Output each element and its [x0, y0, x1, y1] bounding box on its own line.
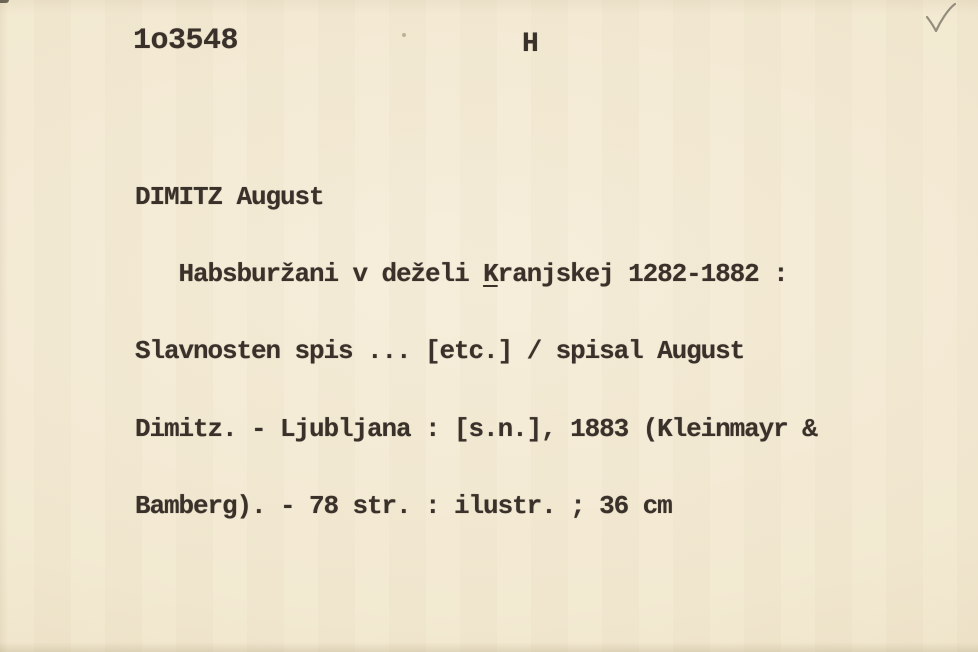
pencil-check-icon [923, 1, 959, 35]
title-indent [135, 259, 179, 289]
paper-speck [402, 33, 406, 37]
entry-imprint-line: Dimitz. - Ljubljana : [s.n.], 1883 (Klei… [135, 417, 817, 443]
title-text-after-filing: ranjskej 1282-1882 : [498, 259, 788, 289]
catalog-card: 1o3548 H DIMITZ August Habsburžani v dež… [0, 0, 978, 652]
section-letter: H [522, 29, 539, 61]
call-number: 1o3548 [133, 24, 238, 58]
title-filing-letter: K [483, 259, 498, 289]
entry-title-line: Habsburžani v deželi Kranjskej 1282-1882… [135, 262, 817, 288]
entry-author-line: DIMITZ August [135, 185, 817, 211]
catalog-entry: DIMITZ August Habsburžani v deželi Kranj… [135, 133, 817, 572]
entry-collation-line: Bamberg). - 78 str. : ilustr. ; 36 cm [135, 494, 817, 520]
scan-edge-artifact [0, 0, 9, 3]
entry-statement-line: Slavnosten spis ... [etc.] / spisal Augu… [135, 339, 817, 365]
title-text-before-filing: Habsburžani v deželi [179, 259, 484, 289]
